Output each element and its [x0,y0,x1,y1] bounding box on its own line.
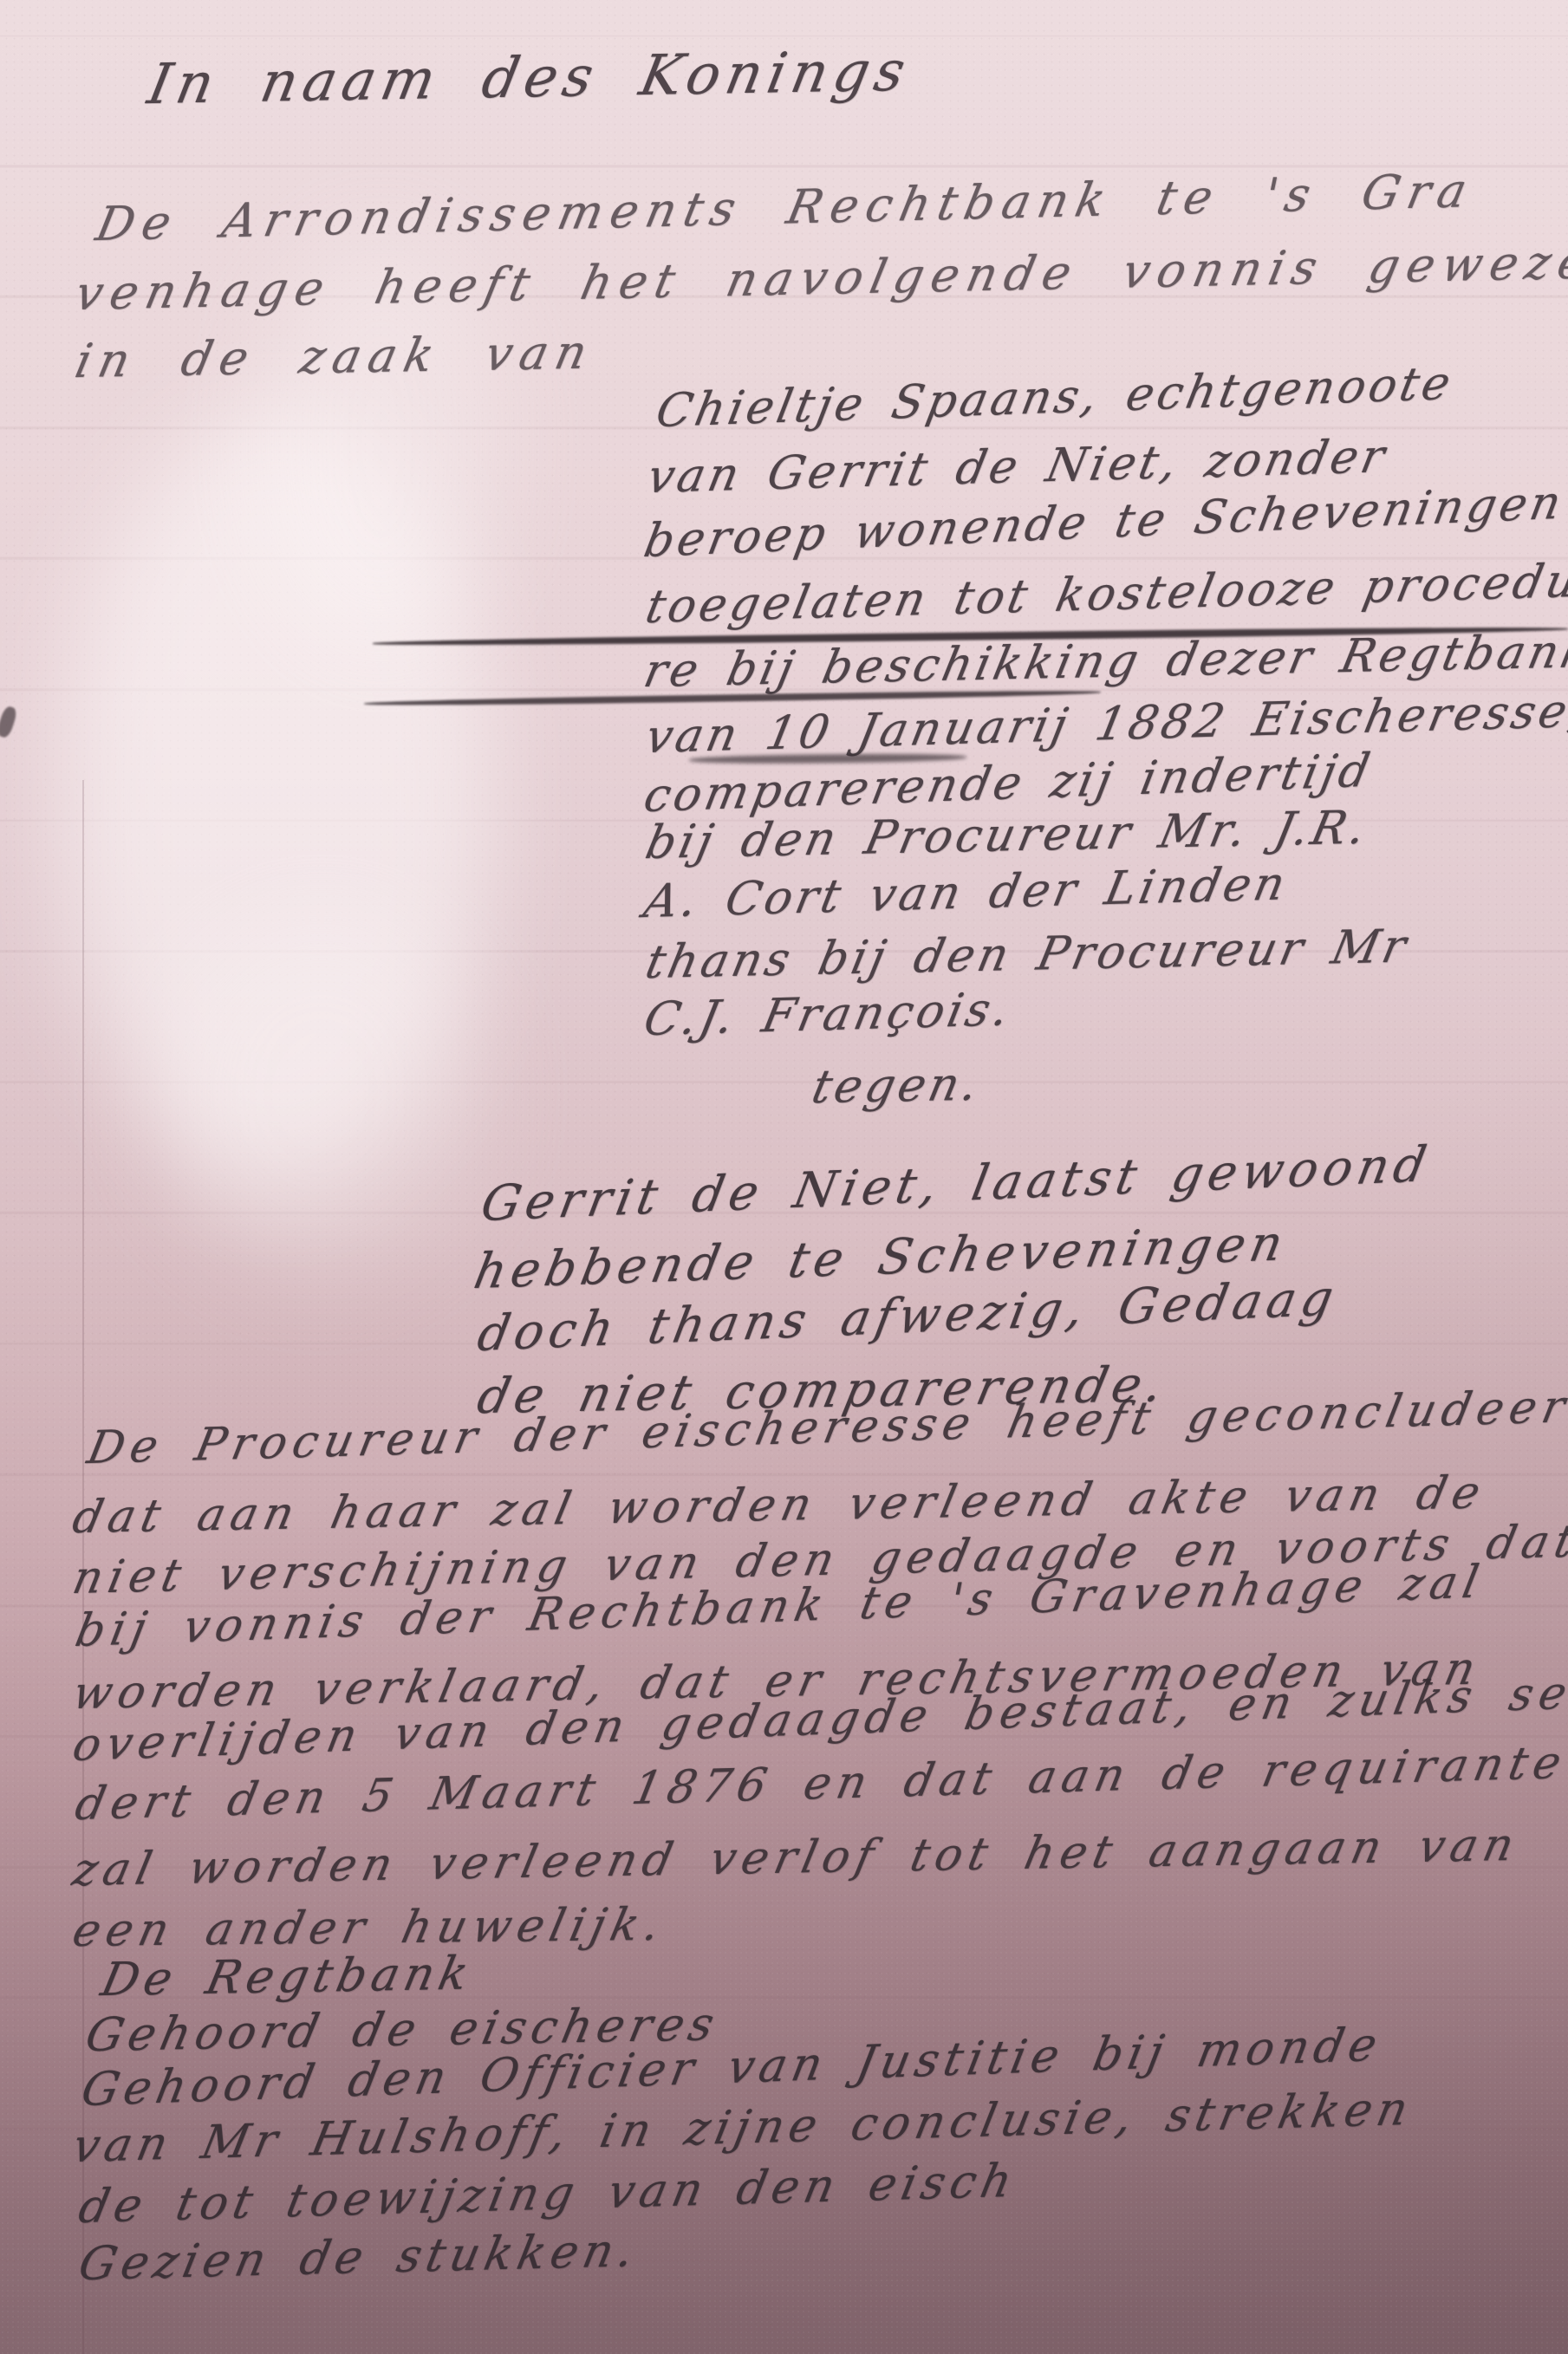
versus-line: tegen. [808,1062,985,1111]
handwritten-line: in de zaak van [71,328,599,385]
handwritten-line: Gezien de stukken. [75,2227,643,2287]
handwritten-line: De Regtbank [97,1950,477,2003]
manuscript-page: In naam des Konings De Arrondissements R… [0,0,1568,2354]
handwritten-line: een ander huwelijk. [68,1902,670,1954]
handwritten-line: C.J. François. [641,986,1016,1043]
title-line: In naam des Konings [144,44,915,114]
faded-patch [156,910,485,1274]
